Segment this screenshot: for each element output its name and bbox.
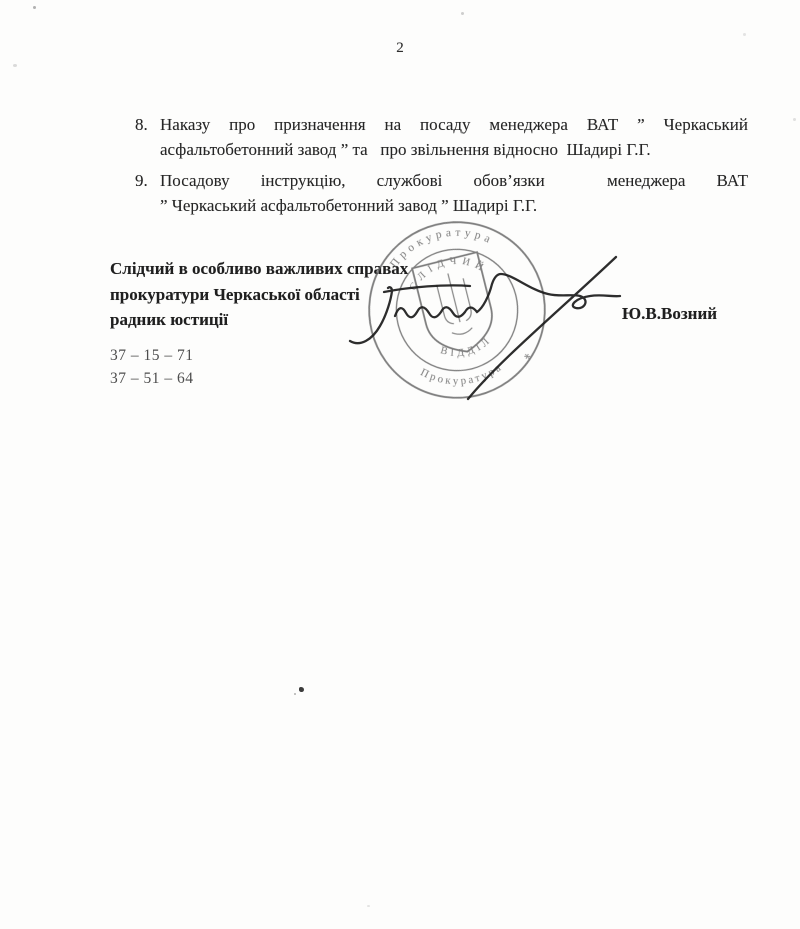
noise-speck — [13, 64, 17, 67]
list-item-marker: 9. — [135, 168, 160, 218]
signature-stroke-humps — [395, 274, 620, 317]
noise-speck — [33, 6, 36, 9]
noise-speck — [294, 693, 296, 695]
page-number: 2 — [0, 40, 800, 57]
signature-stroke-bar — [384, 285, 470, 292]
phone-number: 37 – 15 – 71 — [110, 344, 194, 367]
ink-dot — [299, 687, 304, 692]
phone-number: 37 – 51 – 64 — [110, 367, 194, 390]
noise-speck — [367, 905, 370, 907]
phone-numbers: 37 – 15 – 71 37 – 51 – 64 — [110, 344, 194, 390]
document-page: 2 8. Наказу про призначення на посаду ме… — [0, 0, 800, 929]
signer-name: Ю.В.Возний — [622, 304, 717, 324]
list-item-marker: 8. — [135, 112, 160, 162]
text-line: Посадову інструкцію, службові обов’язки … — [160, 168, 748, 193]
list-item-8: 8. Наказу про призначення на посаду мене… — [135, 112, 748, 162]
noise-speck — [743, 33, 746, 36]
list-item-text: Наказу про призначення на посаду менедже… — [160, 112, 748, 162]
text-line: Наказу про призначення на посаду менедже… — [160, 112, 748, 137]
noise-speck — [793, 118, 796, 121]
text-line: асфальтобетонний завод ” та про звільнен… — [160, 137, 748, 162]
noise-speck — [461, 12, 464, 15]
signature-stroke-flourish — [468, 257, 616, 399]
signature-stroke-main — [350, 287, 392, 343]
handwritten-signature — [330, 235, 630, 410]
